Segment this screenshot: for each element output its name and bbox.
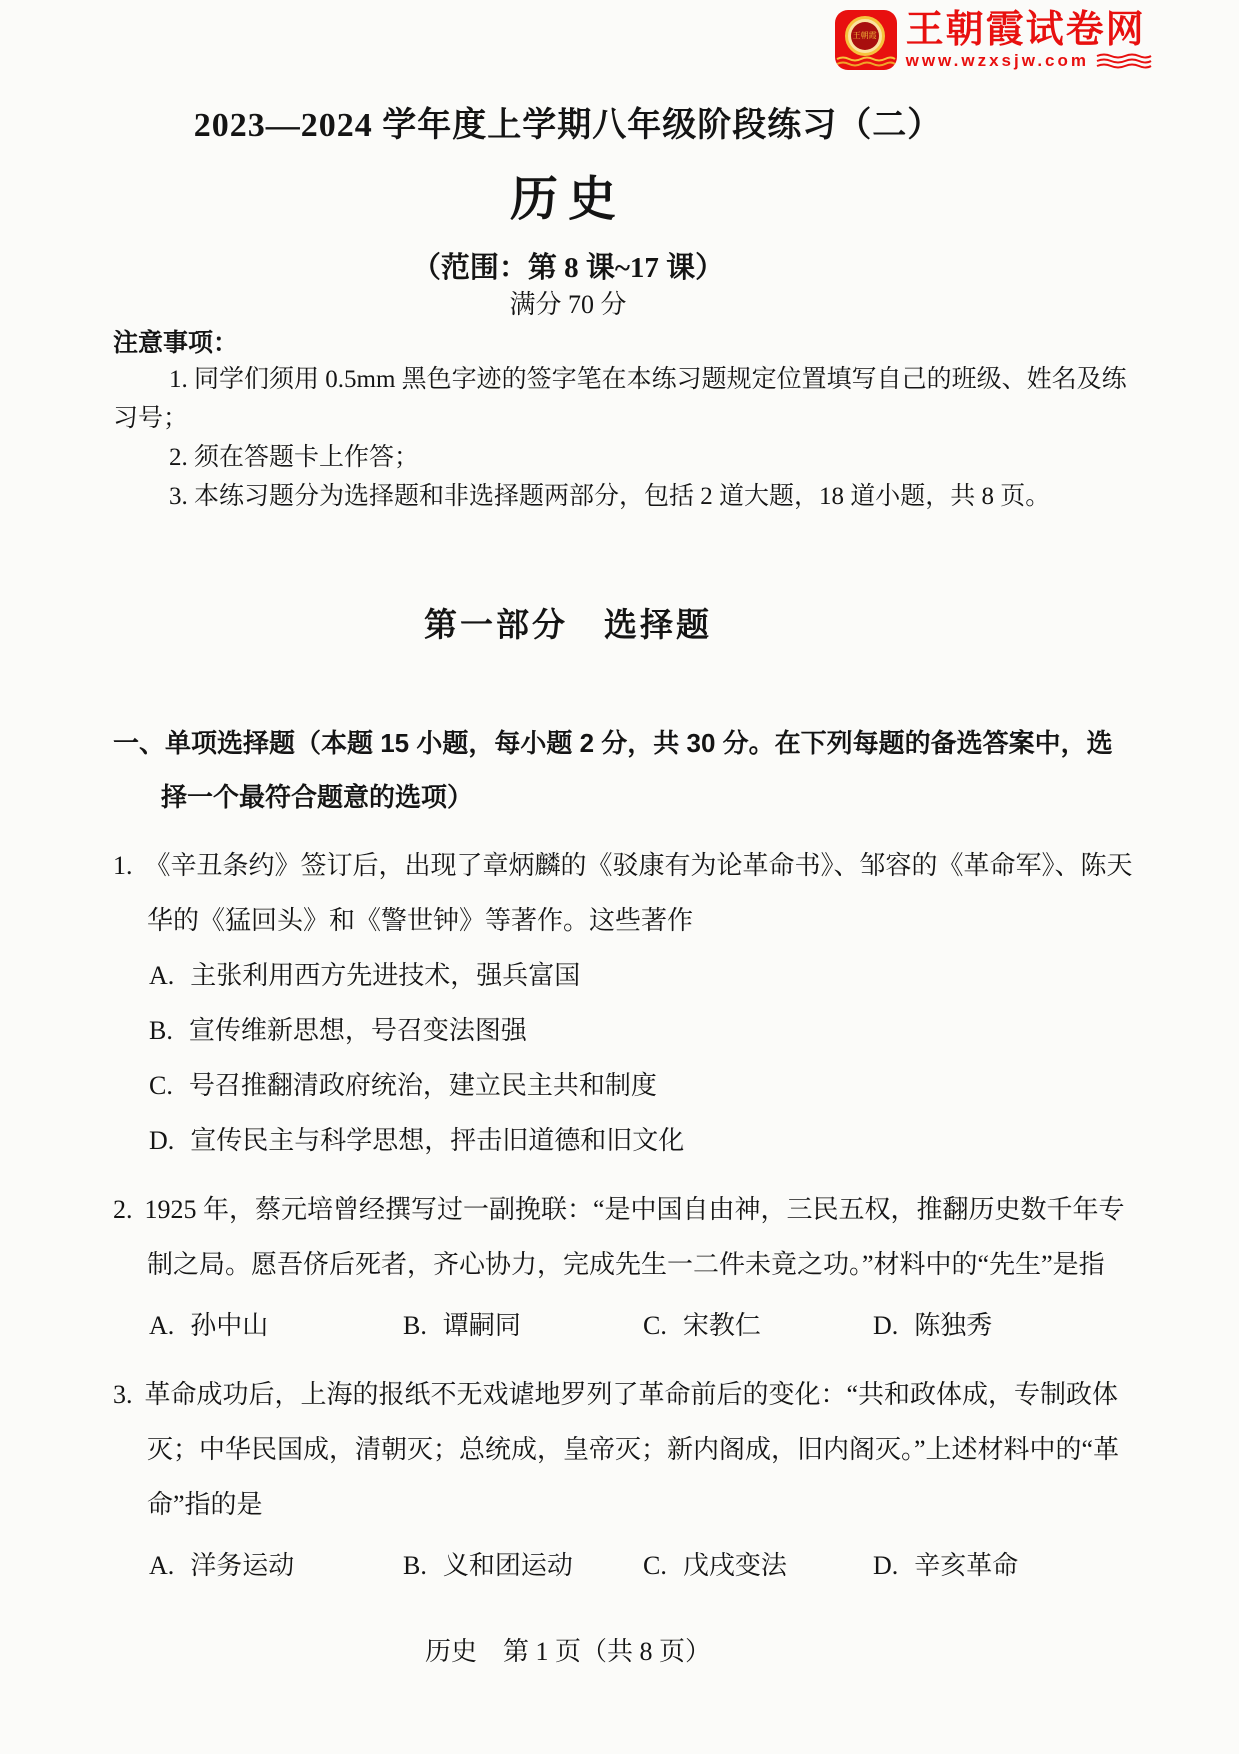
question-1: 1.《辛丑条约》签订后，出现了章炳麟的《驳康有为论革命书》、邹容的《革命军》、陈…: [113, 838, 1135, 1168]
option-b: B.谭嗣同: [403, 1298, 643, 1353]
option-text: 号召推翻清政府统治，建立民主共和制度: [189, 1071, 657, 1100]
option-text: 宣传民主与科学思想，抨击旧道德和旧文化: [190, 1126, 684, 1155]
option-b: B.宣传维新思想，号召变法图强: [149, 1003, 1135, 1058]
total-score: 满分 70 分: [113, 288, 1135, 322]
option-key: D.: [149, 1126, 174, 1155]
option-d: D.陈独秀: [873, 1298, 992, 1353]
option-text: 宋教仁: [683, 1311, 761, 1340]
option-b: B.义和团运动: [403, 1538, 643, 1593]
question-number: 1.: [113, 851, 133, 880]
options-row: A.洋务运动 B.义和团运动 C.戊戌变法 D.辛亥革命: [149, 1538, 1135, 1593]
option-text: 洋务运动: [190, 1551, 294, 1580]
subject-title: 历史: [113, 172, 1135, 228]
seal-core-text: 王朝霞: [851, 22, 879, 50]
notice-heading: 注意事项：: [113, 326, 1135, 360]
option-key: B.: [403, 1551, 427, 1580]
exam-paper-page: 王朝霞 王朝霞试卷网 www.wzxsjw.com 2023—2024 学年度上…: [0, 0, 1239, 1754]
exam-scope: （范围：第 8 课~17 课）: [113, 250, 1135, 286]
option-c: C.宋教仁: [643, 1298, 873, 1353]
section-title: 第一部分 选择题: [113, 604, 1135, 646]
question-text: 革命成功后，上海的报纸不无戏谑地罗列了革命前后的变化：“共和政体成，专制政体灭；…: [145, 1380, 1120, 1519]
notice-block: 注意事项： 1. 同学们须用 0.5mm 黑色字迹的签字笔在本练习题规定位置填写…: [113, 326, 1135, 516]
option-text: 戊戌变法: [683, 1551, 787, 1580]
question-2: 2.1925 年，蔡元培曾经撰写过一副挽联：“是中国自由神，三民五权，推翻历史数…: [113, 1182, 1135, 1353]
gold-wave-icon: [835, 56, 897, 68]
option-text: 辛亥革命: [914, 1551, 1018, 1580]
notice-item: 3. 本练习题分为选择题和非选择题两部分，包括 2 道大题，18 道小题，共 8…: [113, 477, 1135, 516]
site-url-row: www.wzxsjw.com: [906, 51, 1153, 71]
option-a: A.主张利用西方先进技术，强兵富国: [149, 948, 1135, 1003]
notice-item: 2. 须在答题卡上作答；: [113, 438, 1135, 477]
option-d: D.辛亥革命: [873, 1538, 1018, 1593]
site-url: www.wzxsjw.com: [906, 51, 1089, 71]
site-logo: 王朝霞 王朝霞试卷网 www.wzxsjw.com: [835, 10, 1153, 71]
question-stem: 2.1925 年，蔡元培曾经撰写过一副挽联：“是中国自由神，三民五权，推翻历史数…: [113, 1182, 1135, 1292]
question-stem: 3.革命成功后，上海的报纸不无戏谑地罗列了革命前后的变化：“共和政体成，专制政体…: [113, 1367, 1135, 1532]
option-key: B.: [149, 1016, 173, 1045]
option-c: C.号召推翻清政府统治，建立民主共和制度: [149, 1058, 1135, 1113]
option-key: A.: [149, 1311, 174, 1340]
question-stem: 1.《辛丑条约》签订后，出现了章炳麟的《驳康有为论革命书》、邹容的《革命军》、陈…: [113, 838, 1135, 948]
option-key: D.: [873, 1551, 898, 1580]
options-list: A.主张利用西方先进技术，强兵富国 B.宣传维新思想，号召变法图强 C.号召推翻…: [149, 948, 1135, 1168]
question-number: 3.: [113, 1380, 133, 1409]
option-a: A.洋务运动: [149, 1538, 403, 1593]
option-key: C.: [643, 1551, 667, 1580]
question-text: 1925 年，蔡元培曾经撰写过一副挽联：“是中国自由神，三民五权，推翻历史数千年…: [145, 1195, 1125, 1279]
option-text: 孙中山: [190, 1311, 268, 1340]
option-text: 义和团运动: [443, 1551, 573, 1580]
notice-item: 1. 同学们须用 0.5mm 黑色字迹的签字笔在本练习题规定位置填写自己的班级、…: [113, 360, 1135, 438]
option-key: C.: [643, 1311, 667, 1340]
option-text: 谭嗣同: [443, 1311, 521, 1340]
paper-body: 2023—2024 学年度上学期八年级阶段练习（二） 历史 （范围：第 8 课~…: [0, 104, 1239, 1669]
site-name: 王朝霞试卷网: [906, 10, 1153, 50]
exam-session-title: 2023—2024 学年度上学期八年级阶段练习（二）: [113, 104, 1135, 148]
option-text: 主张利用西方先进技术，强兵富国: [190, 961, 580, 990]
option-a: A.孙中山: [149, 1298, 403, 1353]
option-text: 陈独秀: [914, 1311, 992, 1340]
question-3: 3.革命成功后，上海的报纸不无戏谑地罗列了革命前后的变化：“共和政体成，专制政体…: [113, 1367, 1135, 1593]
options-row: A.孙中山 B.谭嗣同 C.宋教仁 D.陈独秀: [149, 1298, 1135, 1353]
option-c: C.戊戌变法: [643, 1538, 873, 1593]
gold-seal-ring: 王朝霞: [845, 16, 885, 56]
option-key: B.: [403, 1311, 427, 1340]
option-key: A.: [149, 1551, 174, 1580]
page-footer: 历史 第 1 页（共 8 页）: [113, 1635, 1135, 1669]
logo-text-block: 王朝霞试卷网 www.wzxsjw.com: [906, 10, 1153, 71]
option-key: A.: [149, 961, 174, 990]
option-key: C.: [149, 1071, 173, 1100]
option-text: 宣传维新思想，号召变法图强: [189, 1016, 527, 1045]
option-key: D.: [873, 1311, 898, 1340]
question-text: 《辛丑条约》签订后，出现了章炳麟的《驳康有为论革命书》、邹容的《革命军》、陈天华…: [145, 851, 1133, 935]
triple-wave-icon: [1095, 53, 1153, 69]
part-heading: 一、单项选择题（本题 15 小题，每小题 2 分，共 30 分。在下列每题的备选…: [113, 716, 1135, 824]
question-number: 2.: [113, 1195, 133, 1224]
seal-badge-icon: 王朝霞: [835, 10, 897, 70]
option-d: D.宣传民主与科学思想，抨击旧道德和旧文化: [149, 1113, 1135, 1168]
